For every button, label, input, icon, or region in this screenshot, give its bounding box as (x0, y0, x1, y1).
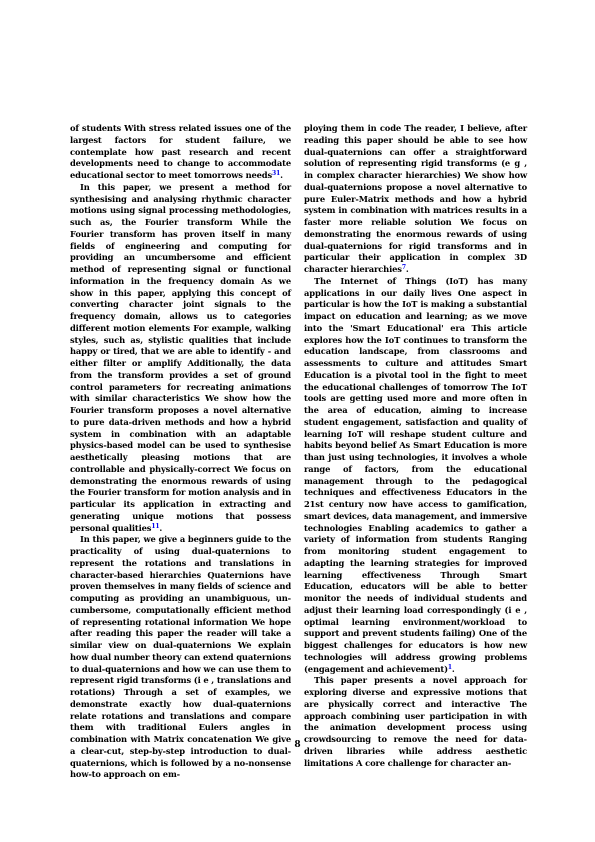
right-column: ploying them in code The reader, I belie… (304, 123, 527, 769)
punctuation: . (280, 170, 283, 180)
left-column: of students With stress related issues o… (70, 123, 291, 781)
citation-link[interactable]: 31 (272, 170, 280, 177)
punctuation: . (406, 264, 409, 274)
document-page: of students With stress related issues o… (0, 0, 595, 842)
paragraph-text: In this paper, we present a method for s… (70, 182, 291, 533)
page-number: 8 (0, 740, 595, 750)
paragraph: This paper presents a novel approach for… (304, 675, 527, 769)
paragraph: In this paper, we present a method for s… (70, 182, 291, 535)
punctuation: . (452, 664, 455, 674)
paragraph-text: The Internet of Things (IoT) has many ap… (304, 276, 527, 674)
paragraph: ploying them in code The reader, I belie… (304, 123, 527, 276)
paragraph-text: ploying them in code The reader, I belie… (304, 123, 527, 274)
paragraph: The Internet of Things (IoT) has many ap… (304, 276, 527, 676)
paragraph: of students With stress related issues o… (70, 123, 291, 182)
punctuation: . (159, 523, 162, 533)
paragraph-text: of students With stress related issues o… (70, 123, 291, 180)
paragraph-text: This paper presents a novel approach for… (304, 675, 527, 767)
